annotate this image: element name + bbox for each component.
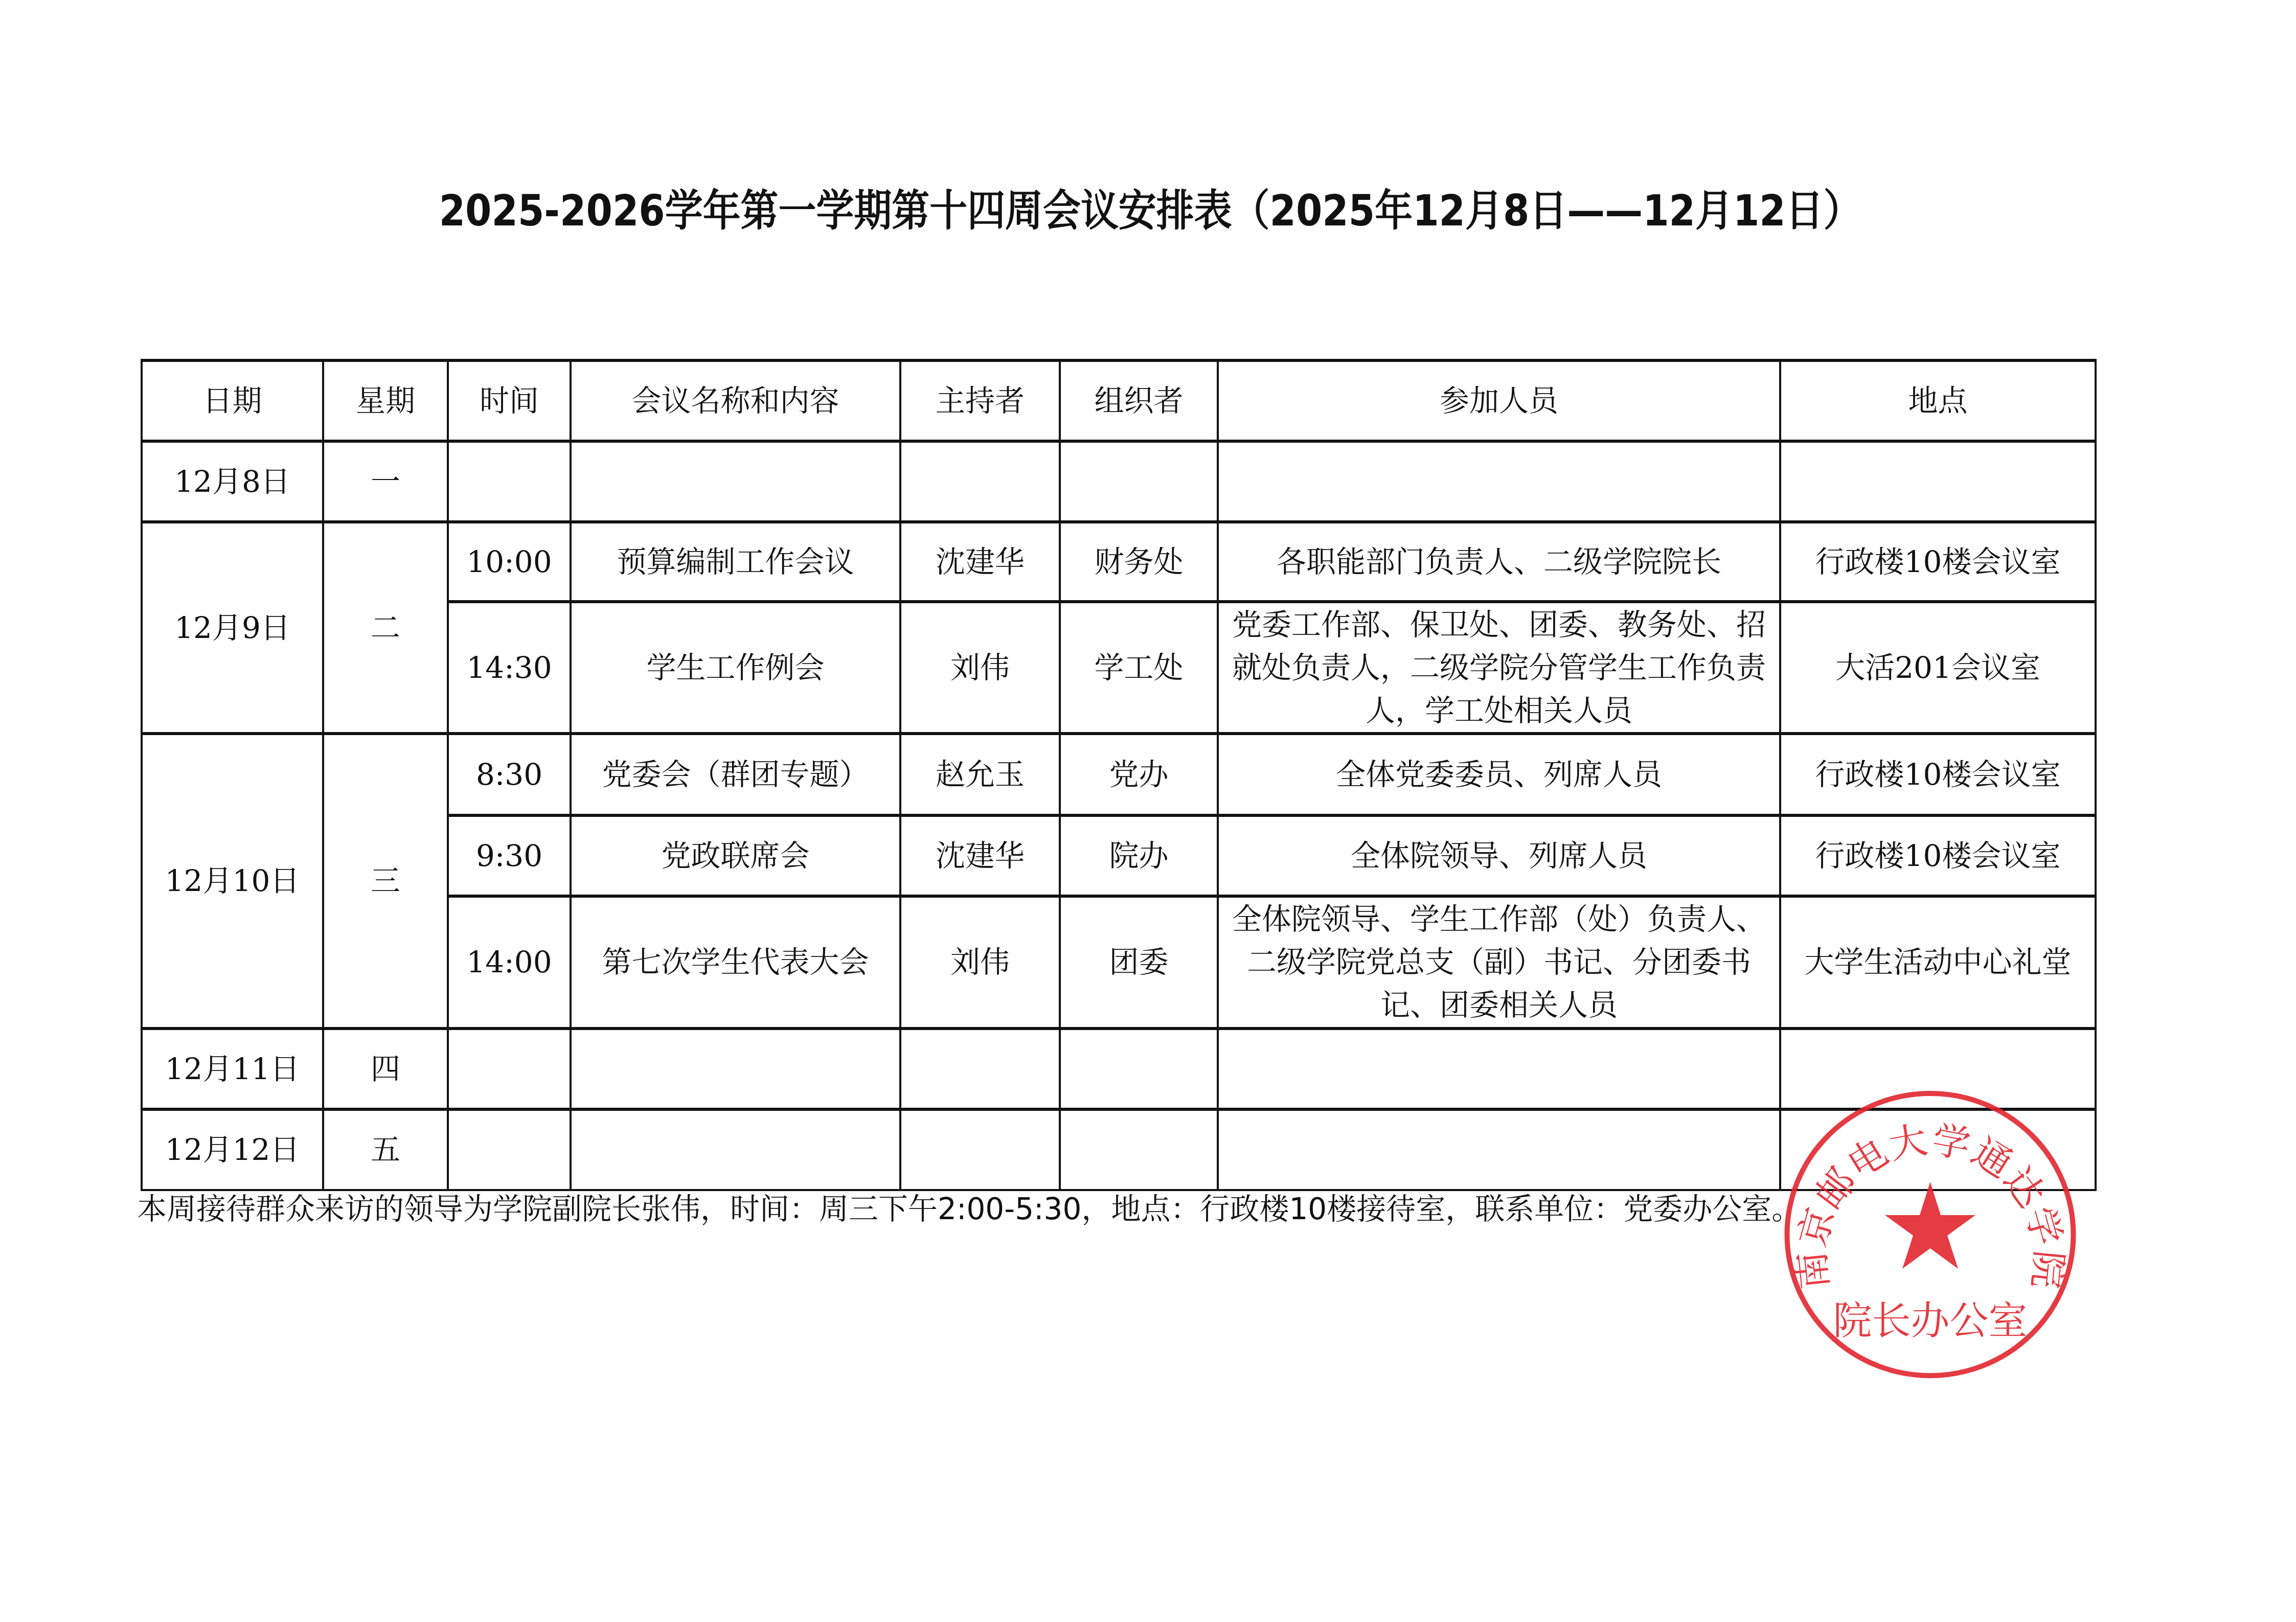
header-time: 时间 [448, 360, 571, 441]
location-cell: 行政楼10楼会议室 [1780, 734, 2096, 815]
date-cell: 12月9日 [142, 522, 323, 734]
header-organizer: 组织者 [1060, 360, 1218, 441]
weekday-cell: 一 [323, 441, 448, 522]
time-cell [448, 441, 571, 522]
organizer-cell [1060, 441, 1218, 522]
time-cell: 8:30 [448, 734, 571, 815]
meeting-name-cell: 党政联席会 [571, 815, 900, 896]
host-cell: 沈建华 [900, 815, 1060, 896]
organizer-cell [1060, 1109, 1218, 1190]
location-cell: 行政楼10楼会议室 [1780, 815, 2096, 896]
organizer-cell: 财务处 [1060, 522, 1218, 602]
date-cell: 12月11日 [142, 1029, 323, 1109]
meeting-name-cell: 预算编制工作会议 [571, 522, 900, 602]
time-cell: 14:00 [448, 896, 571, 1028]
page-title: 2025-2026学年第一学期第十四周会议安排表（2025年12月8日——12月… [140, 176, 2161, 238]
attendees-cell: 全体院领导、学生工作部（处）负责人、二级学院党总支（副）书记、分团委书记、团委相… [1218, 896, 1780, 1028]
table-row: 12月10日 三 8:30 党委会（群团专题） 赵允玉 党办 全体党委委员、列席… [142, 734, 2096, 815]
weekday-cell: 四 [323, 1029, 448, 1109]
attendees-cell [1218, 441, 1780, 522]
attendees-cell: 党委工作部、保卫处、团委、教务处、招就处负责人，二级学院分管学生工作负责人，学工… [1218, 602, 1780, 734]
table-row: 12月8日 一 [142, 441, 2096, 522]
table-row: 12月12日 五 [142, 1109, 2096, 1190]
header-location: 地点 [1780, 360, 2096, 441]
organizer-cell: 院办 [1060, 815, 1218, 896]
location-cell: 行政楼10楼会议室 [1780, 522, 2096, 602]
host-cell [900, 1029, 1060, 1109]
organizer-cell: 学工处 [1060, 602, 1218, 734]
attendees-cell: 各职能部门负责人、二级学院院长 [1218, 522, 1780, 602]
organizer-cell [1060, 1029, 1218, 1109]
location-cell: 大学生活动中心礼堂 [1780, 896, 2096, 1028]
header-weekday: 星期 [323, 360, 448, 441]
organizer-cell: 党办 [1060, 734, 1218, 815]
time-cell: 10:00 [448, 522, 571, 602]
location-cell: 大活201会议室 [1780, 602, 2096, 734]
weekday-cell: 三 [323, 734, 448, 1028]
location-cell [1780, 1109, 2096, 1190]
meeting-name-cell: 第七次学生代表大会 [571, 896, 900, 1028]
attendees-cell: 全体院领导、列席人员 [1218, 815, 1780, 896]
weekday-cell: 二 [323, 522, 448, 734]
star-icon [1885, 1182, 1975, 1269]
time-cell [448, 1029, 571, 1109]
host-cell [900, 1109, 1060, 1190]
date-cell: 12月8日 [142, 441, 323, 522]
date-cell: 12月10日 [142, 734, 323, 1028]
meeting-name-cell [571, 1109, 900, 1190]
host-cell [900, 441, 1060, 522]
host-cell: 刘伟 [900, 896, 1060, 1028]
time-cell: 14:30 [448, 602, 571, 734]
weekday-cell: 五 [323, 1109, 448, 1190]
host-cell: 刘伟 [900, 602, 1060, 734]
date-cell: 12月12日 [142, 1109, 323, 1190]
location-cell [1780, 1029, 2096, 1109]
time-cell [448, 1109, 571, 1190]
meeting-name-cell: 党委会（群团专题） [571, 734, 900, 815]
time-cell: 9:30 [448, 815, 571, 896]
header-date: 日期 [142, 360, 323, 441]
organizer-cell: 团委 [1060, 896, 1218, 1028]
table-header-row: 日期 星期 时间 会议名称和内容 主持者 组织者 参加人员 地点 [142, 360, 2096, 441]
reception-note: 本周接待群众来访的领导为学院副院长张伟，时间：周三下午2:00-5:30，地点：… [137, 1185, 1801, 1228]
location-cell [1780, 441, 2096, 522]
meeting-name-cell [571, 441, 900, 522]
header-attendees: 参加人员 [1218, 360, 1780, 441]
attendees-cell: 全体党委委员、列席人员 [1218, 734, 1780, 815]
host-cell: 赵允玉 [900, 734, 1060, 815]
host-cell: 沈建华 [900, 522, 1060, 602]
table-row: 12月11日 四 [142, 1029, 2096, 1109]
meeting-schedule-table: 日期 星期 时间 会议名称和内容 主持者 组织者 参加人员 地点 12月8日 一… [141, 359, 2097, 1191]
header-host: 主持者 [900, 360, 1060, 441]
seal-bottom-text: 院长办公室 [1833, 1298, 2028, 1343]
attendees-cell [1218, 1109, 1780, 1190]
header-meeting-name: 会议名称和内容 [571, 360, 900, 441]
meeting-name-cell: 学生工作例会 [571, 602, 900, 734]
table-row: 12月9日 二 10:00 预算编制工作会议 沈建华 财务处 各职能部门负责人、… [142, 522, 2096, 602]
meeting-name-cell [571, 1029, 900, 1109]
attendees-cell [1218, 1029, 1780, 1109]
